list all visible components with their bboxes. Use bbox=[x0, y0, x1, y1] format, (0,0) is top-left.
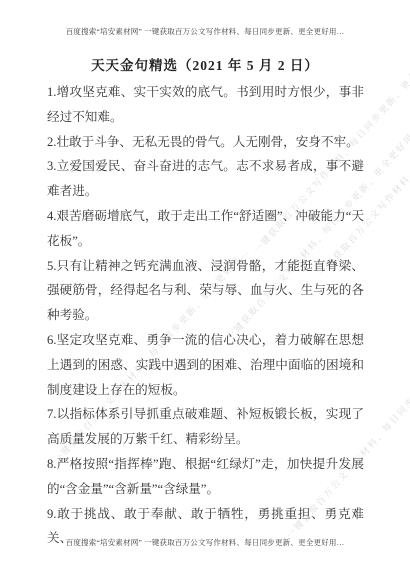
header-promo-note: 百度搜索“培安素材网” 一键获取百万公文写作材料、每日同步更新、更全更好用… bbox=[0, 26, 410, 37]
paragraph-list: 1.增攻坚克难、实干实效的底气。书到用时方恨少，事非经过不知难。 2.壮敢于斗争… bbox=[47, 80, 364, 551]
paragraph: 3.立爱国爱民、奋斗奋进的志气。志不求易者成，事不避难者进。 bbox=[47, 154, 364, 204]
paragraph: 5.只有让精神之钙充满血液、浸润骨骼，才能挺直脊梁、强硬筋骨，经得起名与利、荣与… bbox=[47, 254, 364, 328]
document-page: 一键获取百万公文写作材料、每日同步更新、更全更好用… 一键获取百万公文写作材料、… bbox=[0, 0, 410, 580]
page-title: 天天金句精选（2021 年 5 月 2 日） bbox=[0, 54, 410, 74]
paragraph: 4.艰苦磨砺增底气，敢于走出工作“舒适圈”、冲破能力“天花板”。 bbox=[47, 204, 364, 254]
paragraph: 7.以指标体系引导抓重点破难题、补短板锻长板，实现了高质量发展的万紫千红、精彩纷… bbox=[47, 402, 364, 452]
footer-promo-note: 百度搜索“培安素材网” 一键获取百万公文写作材料、每日同步更新、更全更好用… bbox=[0, 537, 410, 548]
paragraph: 2.壮敢于斗争、无私无畏的骨气。人无刚骨，安身不牢。 bbox=[47, 130, 364, 155]
paragraph: 8.严格按照“指挥棒”跑、根据“红绿灯”走，加快提升发展的“含金量”“含新量”“… bbox=[47, 452, 364, 502]
paragraph: 1.增攻坚克难、实干实效的底气。书到用时方恨少，事非经过不知难。 bbox=[47, 80, 364, 130]
paragraph: 6.坚定攻坚克难、勇争一流的信心决心，着力破解在思想上遇到的困惑、实践中遇到的困… bbox=[47, 328, 364, 402]
